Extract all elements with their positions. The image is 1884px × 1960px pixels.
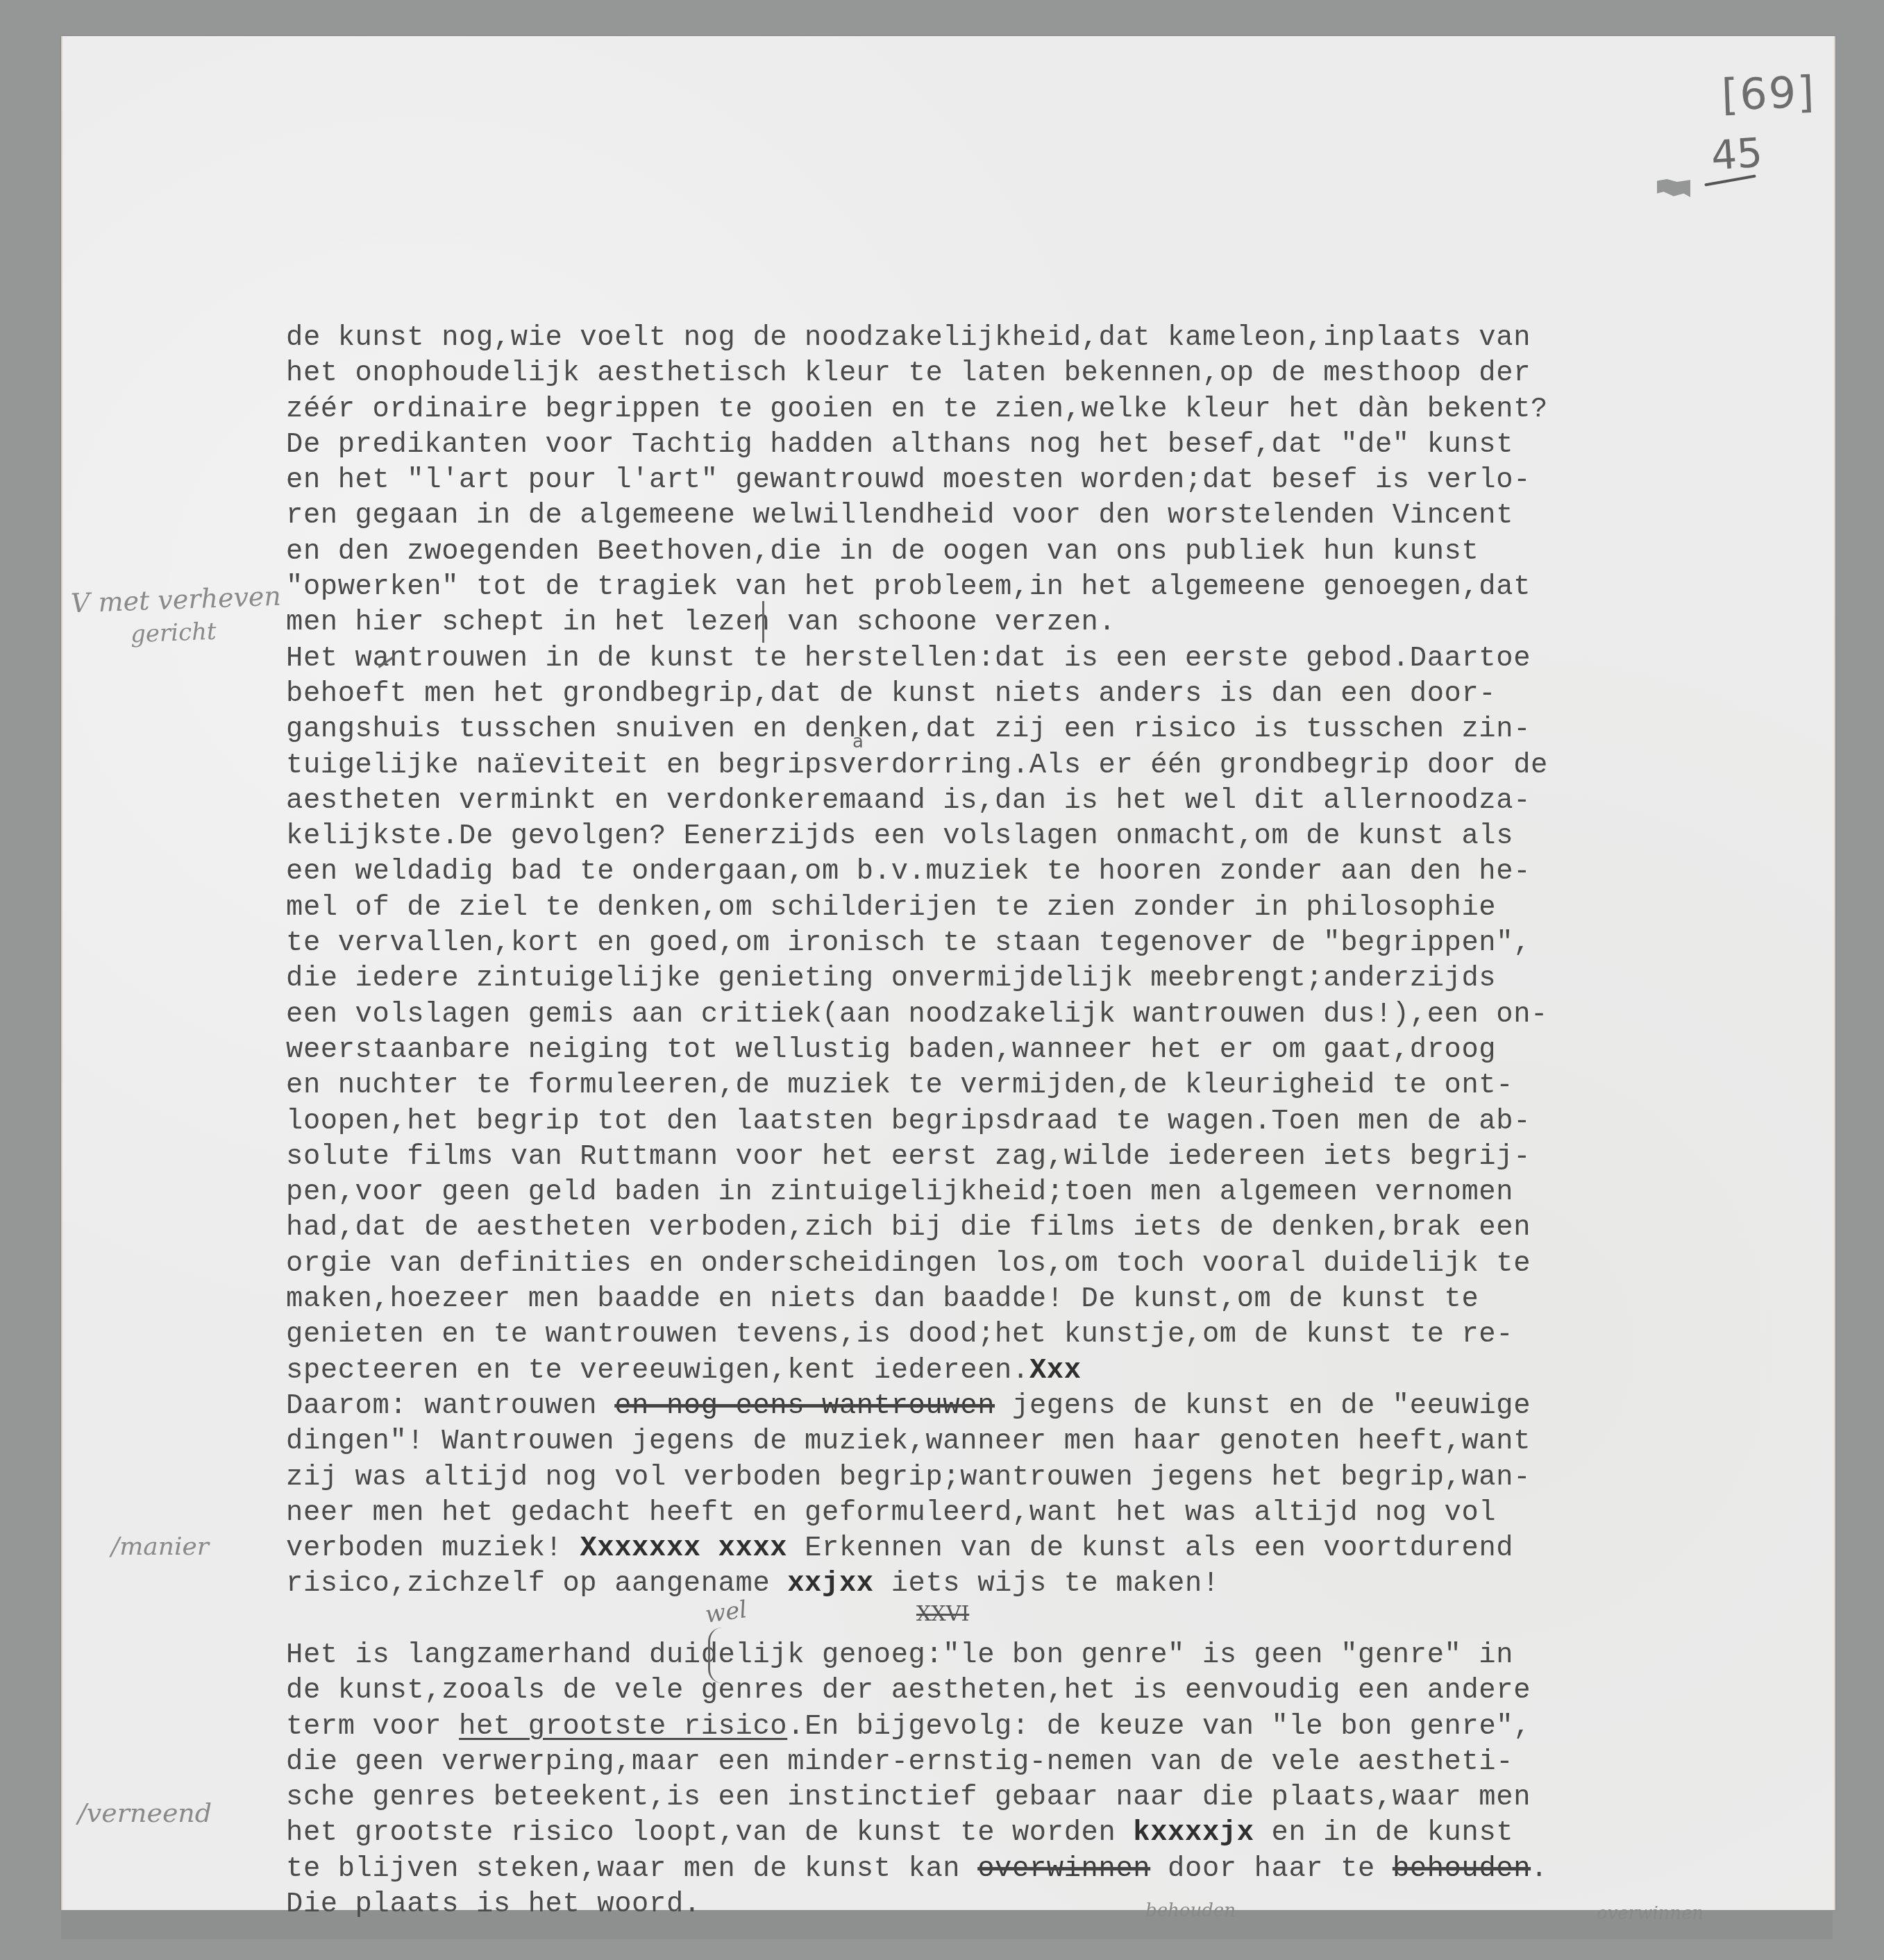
text-segment: weerstaanbare neiging tot wellustig bade… xyxy=(286,1034,1496,1066)
text-segment: had,dat de aestheten verboden,zich bij d… xyxy=(286,1212,1531,1244)
text-segment: Die plaats is het woord. xyxy=(286,1889,701,1920)
text-segment: en nuchter te formuleeren,de muziek te v… xyxy=(286,1070,1513,1101)
typed-line: neer men het gedacht heeft en geformulee… xyxy=(286,1496,1834,1531)
text-segment: en in de kunst xyxy=(1254,1817,1514,1849)
text-segment: pen,voor geen geld baden in zintuigelijk… xyxy=(286,1176,1513,1208)
typed-line: die iedere zintuigelijke genieting onver… xyxy=(286,961,1834,997)
text-segment: die geen verwerping,maar een minder-erns… xyxy=(286,1746,1513,1778)
typed-line: het onophoudelijk aesthetisch kleur te l… xyxy=(286,356,1834,391)
typed-line: "opwerken" tot de tragiek van het proble… xyxy=(286,570,1834,605)
typed-line: kelijkste.De gevolgen? Eenerzijds een vo… xyxy=(286,819,1834,854)
typed-line: tuigelijke naïeviteit en begripsverdorri… xyxy=(286,748,1834,784)
text-segment: het onophoudelijk aesthetisch kleur te l… xyxy=(286,357,1531,389)
text-segment: gangshuis tusschen snuiven en denken,dat… xyxy=(286,713,1531,745)
text-segment: zij was altijd nog vol verboden begrip;w… xyxy=(286,1462,1531,1494)
text-segment: dingen"! Wantrouwen jegens de muziek,wan… xyxy=(286,1426,1531,1458)
text-segment: De predikanten voor Tachtig hadden altha… xyxy=(286,429,1513,461)
text-segment: tuigelijke naïeviteit en begripsverdorri… xyxy=(286,750,1548,782)
text-segment: zéér ordinaire begrippen te gooien en te… xyxy=(286,394,1548,425)
typed-line: risico,zichzelf op aangename xxjxx iets … xyxy=(286,1566,1834,1602)
typed-line: gangshuis tusschen snuiven en denken,dat… xyxy=(286,712,1834,747)
typed-line: een volslagen gemis aan critiek(aan nood… xyxy=(286,997,1834,1033)
typed-line: het grootste risico loopt,van de kunst t… xyxy=(286,1816,1834,1851)
text-segment: te blijven steken,waar men de kunst kan xyxy=(286,1853,977,1885)
text-segment: Daarom: wantrouwen xyxy=(286,1390,614,1422)
strike-segment: behouden xyxy=(1393,1853,1531,1885)
text-segment: men hier schept in het lezen van schoone… xyxy=(286,607,1116,639)
typed-line: Daarom: wantrouwen en nog eens wantrouwe… xyxy=(286,1389,1834,1424)
text-segment: orgie van definities en onderscheidingen… xyxy=(286,1248,1531,1280)
text-segment: loopen,het begrip tot den laatsten begri… xyxy=(286,1106,1531,1138)
typed-line: en nuchter te formuleeren,de muziek te v… xyxy=(286,1068,1834,1104)
typed-line: sche genres beteekent,is een instinctief… xyxy=(286,1780,1834,1816)
typed-line: solute films van Ruttmann voor het eerst… xyxy=(286,1140,1834,1175)
archive-page-number: [69] xyxy=(1721,67,1817,121)
typed-line: behoeft men het grondbegrip,dat de kunst… xyxy=(286,677,1834,712)
text-segment: . xyxy=(1531,1853,1548,1885)
text-segment: neer men het gedacht heeft en geformulee… xyxy=(286,1497,1496,1529)
text-segment: en den zwoegenden Beethoven,die in de oo… xyxy=(286,536,1479,568)
xout-segment: kxxxxjx xyxy=(1133,1817,1254,1849)
text-segment: te vervallen,kort en goed,om ironisch te… xyxy=(286,927,1531,959)
text-segment: een volslagen gemis aan critiek(aan nood… xyxy=(286,999,1548,1031)
text-segment: jegens de kunst en de "eeuwige xyxy=(995,1390,1531,1422)
text-segment: solute films van Ruttmann voor het eerst… xyxy=(286,1141,1531,1173)
margin-note-gericht: gericht xyxy=(130,618,217,648)
typed-line: te blijven steken,waar men de kunst kan … xyxy=(286,1852,1834,1887)
text-segment: door haar te xyxy=(1150,1853,1393,1885)
typed-line: en den zwoegenden Beethoven,die in de oo… xyxy=(286,534,1834,570)
typed-line: weerstaanbare neiging tot wellustig bade… xyxy=(286,1033,1834,1068)
typed-line: zéér ordinaire begrippen te gooien en te… xyxy=(286,392,1834,428)
typed-line: loopen,het begrip tot den laatsten begri… xyxy=(286,1104,1834,1140)
typed-line: ren gegaan in de algemeene welwillendhei… xyxy=(286,498,1834,534)
margin-note-manier: /manier xyxy=(111,1532,209,1561)
typed-line: Het is langzamerhand duidelijk genoeg:"l… xyxy=(286,1638,1834,1673)
text-segment: "opwerken" tot de tragiek van het proble… xyxy=(286,571,1531,603)
typed-line: een weldadig bad te ondergaan,om b.v.muz… xyxy=(286,854,1834,890)
text-segment: de kunst,zooals de vele genres der aesth… xyxy=(286,1675,1531,1707)
xout-segment: xxjxx xyxy=(787,1568,874,1600)
text-segment: iets wijs te maken! xyxy=(874,1568,1220,1600)
typed-line: pen,voor geen geld baden in zintuigelijk… xyxy=(286,1175,1834,1210)
text-segment: kelijkste.De gevolgen? Eenerzijds een vo… xyxy=(286,820,1513,852)
text-segment: mel of de ziel te denken,om schilderijen… xyxy=(286,892,1496,924)
typed-line: orgie van definities en onderscheidingen… xyxy=(286,1247,1834,1282)
text-segment: ren gegaan in de algemeene welwillendhei… xyxy=(286,500,1513,532)
insertion-note-wel: wel xyxy=(704,1596,749,1629)
page-number: 45 xyxy=(1710,129,1764,180)
text-segment: een weldadig bad te ondergaan,om b.v.muz… xyxy=(286,856,1531,888)
typed-line: genieten en te wantrouwen tevens,is dood… xyxy=(286,1317,1834,1353)
text-segment: maken,hoezeer men baadde en niets dan ba… xyxy=(286,1283,1479,1315)
typed-line: zij was altijd nog vol verboden begrip;w… xyxy=(286,1460,1834,1496)
typed-line: aestheten verminkt en verdonkeremaand is… xyxy=(286,784,1834,819)
text-segment: Het is langzamerhand duidelijk genoeg:"l… xyxy=(286,1639,1513,1671)
typed-line: verboden muziek! Xxxxxxx xxxx Erkennen v… xyxy=(286,1531,1834,1566)
typed-line: de kunst nog,wie voelt nog de noodzakeli… xyxy=(286,321,1834,356)
typed-line: De predikanten voor Tachtig hadden altha… xyxy=(286,428,1834,463)
typed-line: de kunst,zooals de vele genres der aesth… xyxy=(286,1673,1834,1709)
text-segment: term voor xyxy=(286,1711,459,1743)
text-segment: specteeren en te vereeuwigen,kent iedere… xyxy=(286,1355,1029,1387)
typed-line: mel of de ziel te denken,om schilderijen… xyxy=(286,890,1834,926)
text-segment: de kunst nog,wie voelt nog de noodzakeli… xyxy=(286,322,1531,354)
correction-note-overwinnen: overwinnen xyxy=(1597,1903,1704,1924)
insertion-caret-mark xyxy=(762,601,764,643)
text-segment: genieten en te wantrouwen tevens,is dood… xyxy=(286,1319,1513,1351)
typed-line: specteeren en te vereeuwigen,kent iedere… xyxy=(286,1353,1834,1389)
text-segment: .En bijgevolg: de keuze van "le bon genr… xyxy=(787,1711,1531,1743)
typed-line: maken,hoezeer men baadde en niets dan ba… xyxy=(286,1282,1834,1317)
xout-segment: Xxxxxxx xxxx xyxy=(580,1532,787,1564)
text-segment: het grootste risico loopt,van de kunst t… xyxy=(286,1817,1133,1849)
correction-note-behouden: behouden xyxy=(1145,1900,1236,1921)
text-segment: Erkennen van de kunst als een voortduren… xyxy=(787,1532,1513,1564)
correction-letter-mark: a xyxy=(852,732,864,752)
text-segment: verboden muziek! xyxy=(286,1532,580,1564)
typed-line: Het wantrouwen in de kunst te herstellen… xyxy=(286,641,1834,677)
text-segment: sche genres beteekent,is een instinctief… xyxy=(286,1782,1531,1814)
typed-line: en het "l'art pour l'art" gewantrouwd mo… xyxy=(286,463,1834,498)
strike-segment: overwinnen xyxy=(977,1853,1150,1885)
text-segment: behoeft men het grondbegrip,dat de kunst… xyxy=(286,678,1496,710)
underline-segment: het grootste risico xyxy=(459,1711,787,1743)
margin-note-verneend: /verneend xyxy=(78,1798,212,1828)
text-segment: en het "l'art pour l'art" gewantrouwd mo… xyxy=(286,464,1531,496)
text-segment: aestheten verminkt en verdonkeremaand is… xyxy=(286,785,1531,817)
insertion-bracket-mark xyxy=(708,1628,725,1683)
text-segment: risico,zichzelf op aangename xyxy=(286,1568,787,1600)
typed-line: dingen"! Wantrouwen jegens de muziek,wan… xyxy=(286,1424,1834,1460)
xout-segment: Xxx xyxy=(1029,1355,1082,1387)
typed-line: term voor het grootste risico.En bijgevo… xyxy=(286,1709,1834,1745)
text-segment: Het wantrouwen in de kunst te herstellen… xyxy=(286,643,1531,675)
strike-segment: en nog eens wantrouwen xyxy=(614,1390,995,1422)
typed-line: had,dat de aestheten verboden,zich bij d… xyxy=(286,1210,1834,1246)
typed-line: die geen verwerping,maar een minder-erns… xyxy=(286,1745,1834,1780)
typed-line: te vervallen,kort en goed,om ironisch te… xyxy=(286,926,1834,961)
text-segment: die iedere zintuigelijke genieting onver… xyxy=(286,963,1496,995)
blank-line xyxy=(286,1603,1834,1638)
section-number-note: XXVI xyxy=(916,1602,969,1626)
typed-text-body: de kunst nog,wie voelt nog de noodzakeli… xyxy=(286,321,1834,1923)
typed-line: men hier schept in het lezen van schoone… xyxy=(286,605,1834,641)
